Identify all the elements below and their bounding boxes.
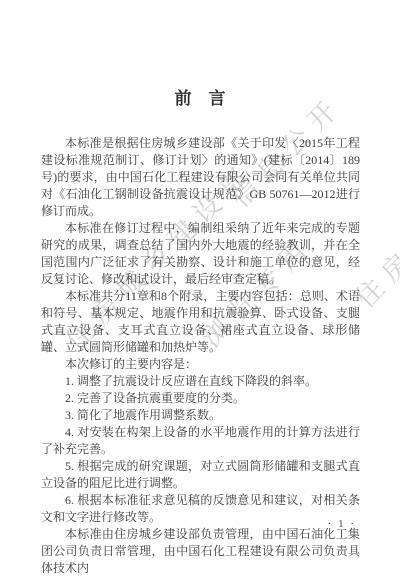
page-number: · 1 ·	[328, 518, 356, 530]
revision-item: 6. 根据本标准征求意见稿的反馈意见和建议，对相关条文和文字进行修改等。	[41, 492, 360, 526]
preface-paragraph: 本次修订的主要内容是：	[41, 356, 360, 373]
revision-item: 2. 完善了设备抗震重要度的分类。	[41, 390, 360, 407]
page-title: 前 言	[0, 84, 400, 109]
revision-item: 1. 调整了抗震设计反应谱在直线下降段的斜率。	[41, 373, 360, 390]
preface-document: 前 言 本标准是根据住房城乡建设部《关于印发〈2015年工程建设标准规范制订、修…	[0, 0, 400, 579]
scanned-document-page: 信息公开 住房城乡建设部 浏览专用 住房城乡建设部 前 言 本标准是根据住房城乡…	[0, 0, 400, 579]
preface-paragraph: 本标准在修订过程中，编制组采纳了近年来完成的专题研究的成果，调查总结了国内外大地…	[41, 220, 360, 288]
revision-item: 5. 根据完成的研究课题，对立式圆筒形储罐和支腿式直立设备的阻尼比进行调整。	[41, 458, 360, 492]
preface-paragraph: 本标准共分11章和8个附录，主要内容包括：总则、术语和符号、基本规定、地震作用和…	[41, 288, 360, 356]
preface-paragraph: 本标准由住房城乡建设部负责管理，由中国石油化工集团公司负责日常管理，由中国石化工…	[41, 526, 360, 577]
preface-paragraph: 本标准是根据住房城乡建设部《关于印发〈2015年工程建设标准规范制订、修订计划〉…	[41, 135, 360, 220]
revision-item: 3. 简化了地震作用调整系数。	[41, 407, 360, 424]
revision-item: 4. 对安装在构架上设备的水平地震作用的计算方法进行了补充完善。	[41, 424, 360, 458]
preface-body: 本标准是根据住房城乡建设部《关于印发〈2015年工程建设标准规范制订、修订计划〉…	[41, 135, 360, 577]
